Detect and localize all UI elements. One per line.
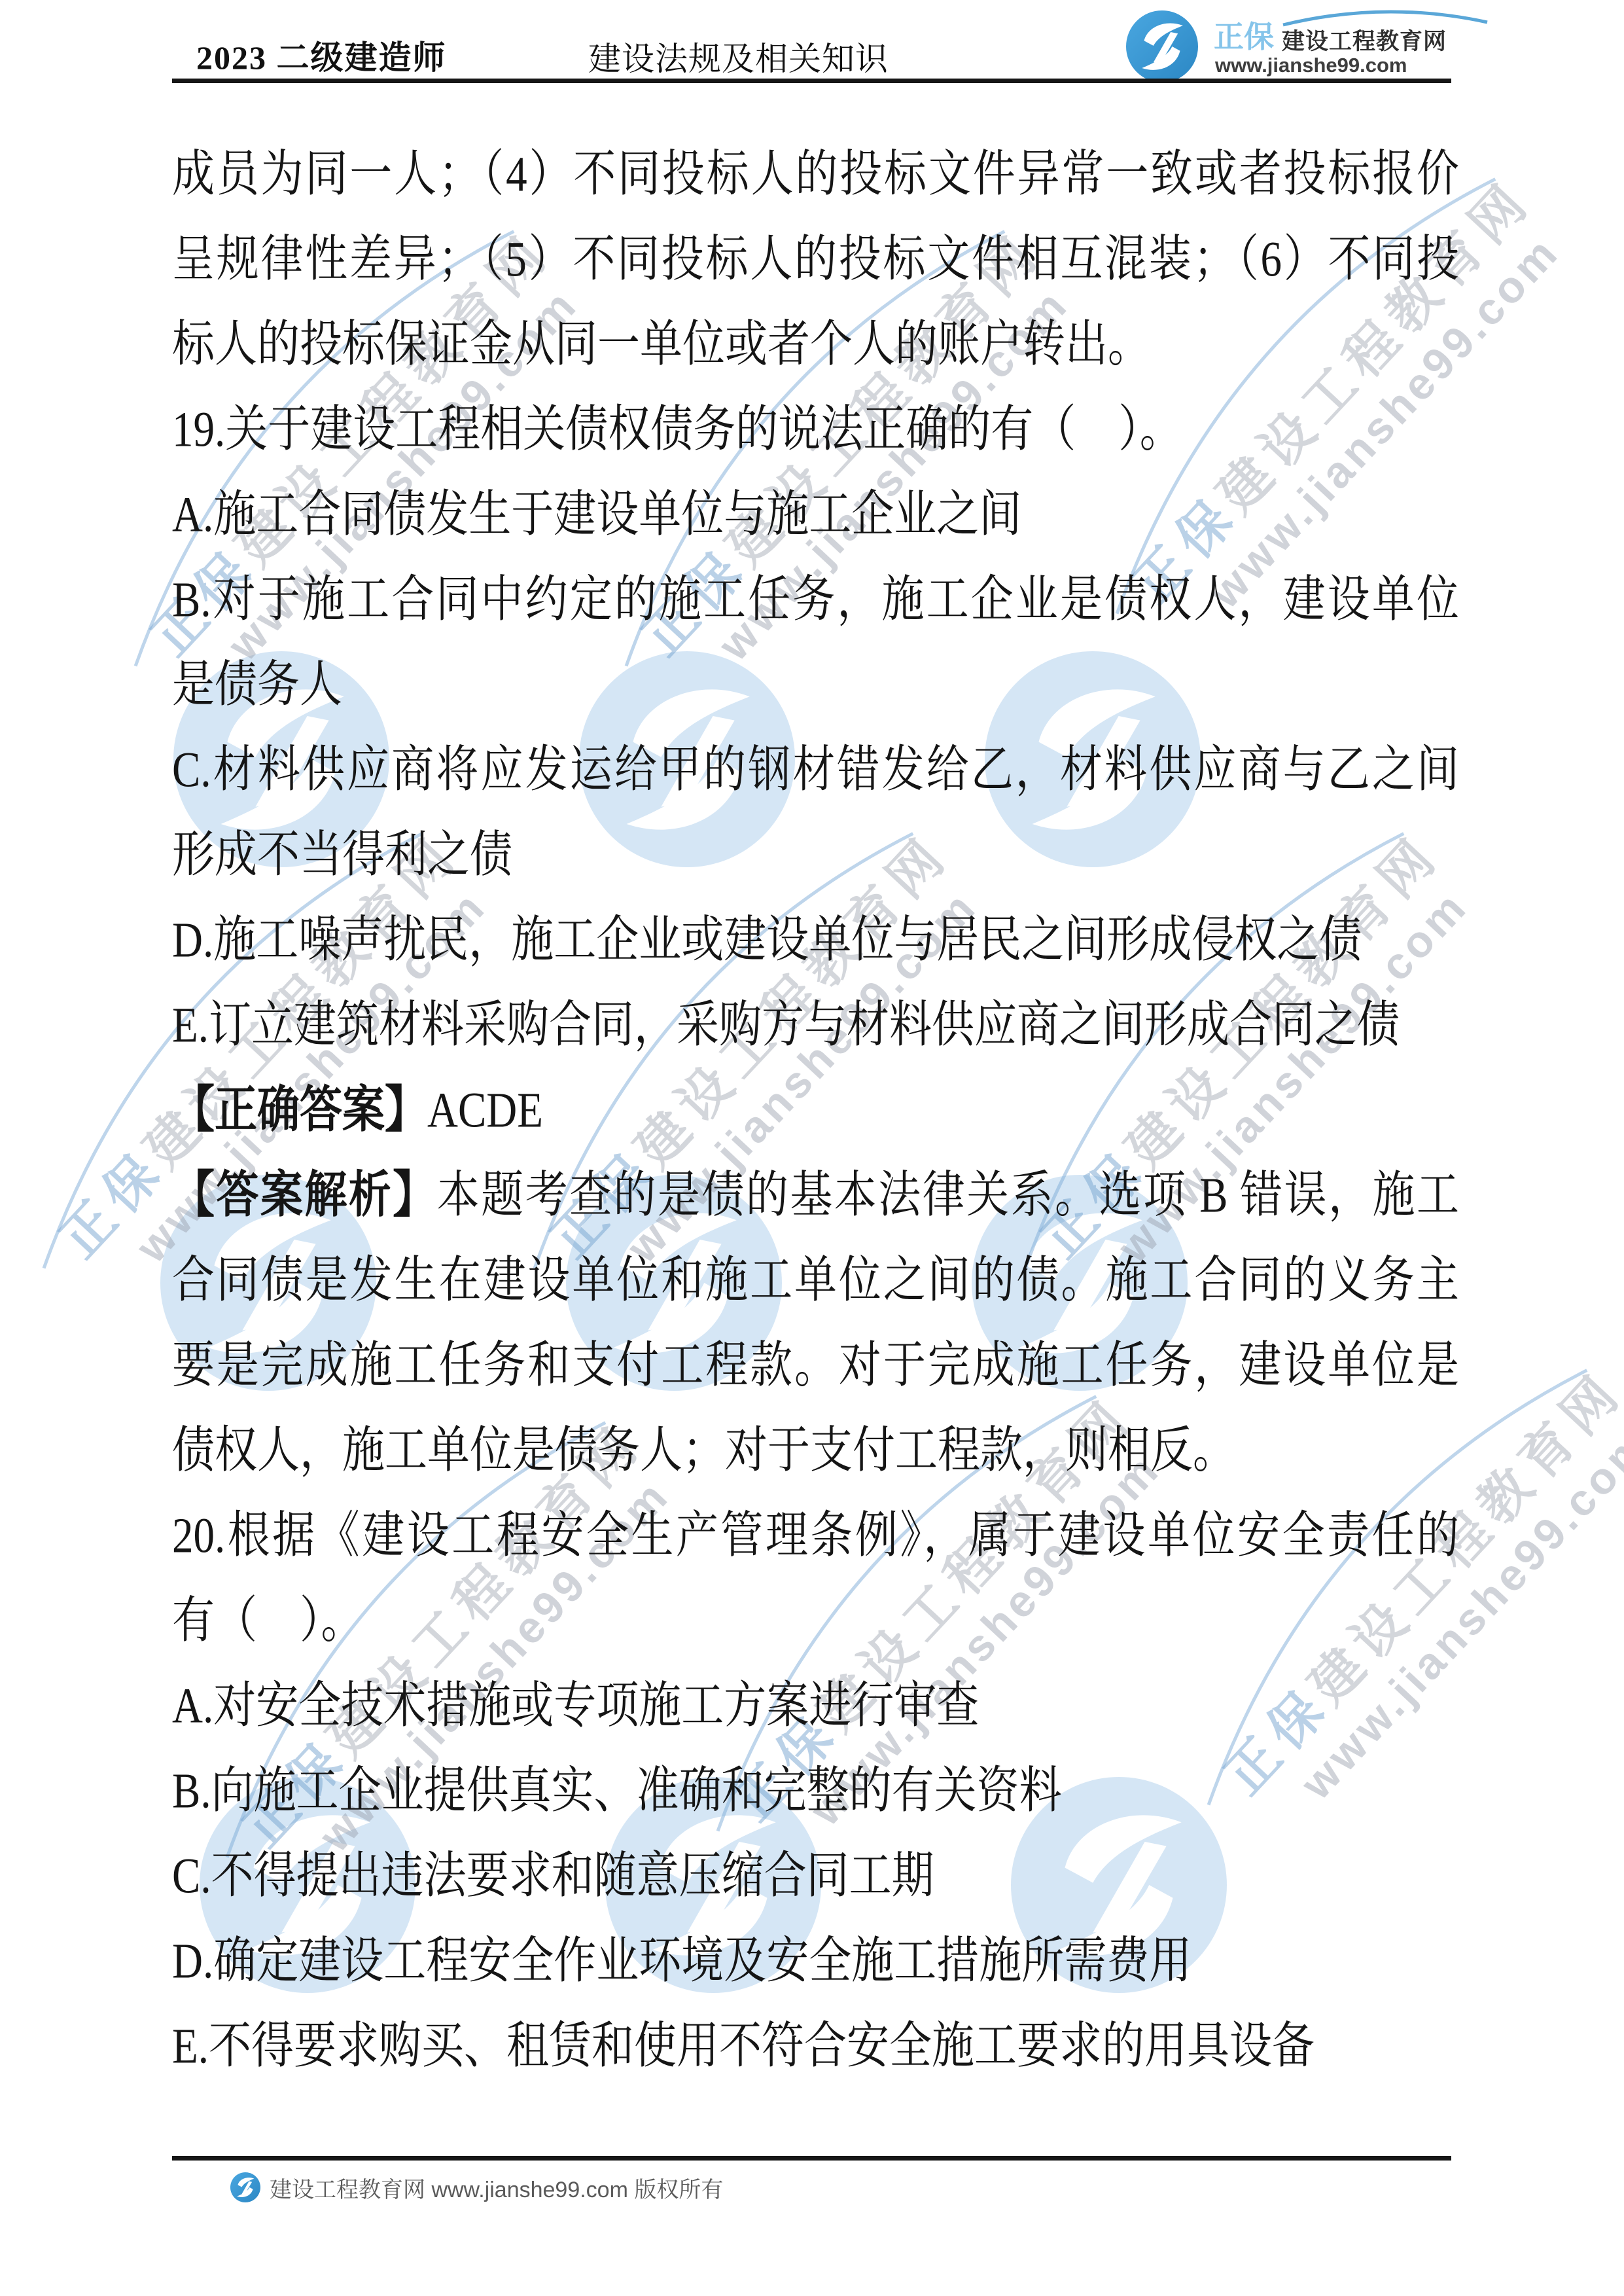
body-text: 成员为同一人；（4）不同投标人的投标文件异常一致或者投标报价呈规律性差异；（5）… [172, 134, 1459, 2090]
brand-name-short: 正保 [1214, 13, 1274, 56]
text-line: B.对于施工合同中约定的施工任务，施工企业是债权人，建设单位 [172, 559, 1459, 644]
footer-divider [172, 2156, 1451, 2161]
text-line: C.材料供应商将应发运给甲的钢材错发给乙，材料供应商与乙之间 [172, 729, 1459, 814]
text-line: 形成不当得利之债 [172, 814, 1459, 899]
footer: 建设工程教育网 www.jianshe99.com 版权所有 [230, 2172, 723, 2203]
text-line: A.施工合同债发生于建设单位与施工企业之间 [172, 474, 1459, 559]
text-line: 是债务人 [172, 644, 1459, 729]
document-page: 正保建设工程教育网www.jianshe99.com 正保建设工程教育网www.… [0, 0, 1624, 2296]
footer-brand-monogram-icon [230, 2172, 260, 2202]
text-line: 标人的投标保证金从同一单位或者个人的账户转出。 [172, 304, 1459, 389]
text-line: E.不得要求购买、租赁和使用不符合安全施工要求的用具设备 [172, 2005, 1459, 2090]
text-line: 19.关于建设工程相关债权债务的说法正确的有（ ）。 [172, 389, 1459, 474]
footer-copyright: 建设工程教育网 www.jianshe99.com 版权所有 [270, 2172, 723, 2204]
text-line: C.不得提出违法要求和随意压缩合同工期 [172, 1835, 1459, 1920]
header-divider [172, 79, 1451, 83]
text-line: D.施工噪声扰民，施工企业或建设单位与居民之间形成侵权之债 [172, 899, 1459, 984]
text-line: 【答案解析】本题考查的是债的基本法律关系。选项 B 错误，施工 [172, 1155, 1459, 1240]
brand-name-full: 建设工程教育网 [1282, 24, 1447, 56]
text-line: 【正确答案】ACDE [172, 1069, 1459, 1155]
brand-monogram-icon [1126, 10, 1198, 82]
text-line: 有（ ）。 [172, 1580, 1459, 1665]
text-line: 呈规律性差异；（5）不同投标人的投标文件相互混装；（6）不同投 [172, 219, 1459, 304]
text-line: A.对安全技术措施或专项施工方案进行审查 [172, 1665, 1459, 1750]
brand-logo: 正保 建设工程教育网 www.jianshe99.com [1126, 9, 1492, 77]
text-line: 要是完成施工任务和支付工程款。对于完成施工任务，建设单位是 [172, 1325, 1459, 1410]
text-line: D.确定建设工程安全作业环境及安全施工措施所需费用 [172, 1920, 1459, 2005]
text-line: 合同债是发生在建设单位和施工单位之间的债。施工合同的义务主 [172, 1240, 1459, 1325]
header-course-title: 2023 二级建造师 [196, 31, 447, 79]
text-line: B.向施工企业提供真实、准确和完整的有关资料 [172, 1750, 1459, 1835]
text-line: 成员为同一人；（4）不同投标人的投标文件异常一致或者投标报价 [172, 134, 1459, 219]
text-line: E.订立建筑材料采购合同，采购方与材料供应商之间形成合同之债 [172, 984, 1459, 1069]
brand-url: www.jianshe99.com [1215, 54, 1407, 77]
text-line: 20.根据《建设工程安全生产管理条例》，属于建设单位安全责任的 [172, 1495, 1459, 1580]
text-line: 债权人，施工单位是债务人；对于支付工程款，则相反。 [172, 1410, 1459, 1495]
header-subject-title: 建设法规及相关知识 [588, 33, 889, 80]
